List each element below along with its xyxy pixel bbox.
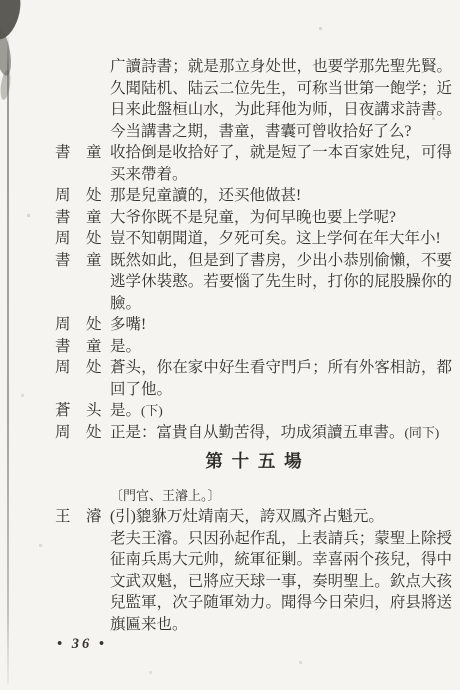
dialogue-text: 那是兒童讀的，还买他做甚! <box>110 185 452 207</box>
dialogue-row: 周 处 正是：富貴自从勤苦得，功成須讀五車書。(同下) <box>55 422 452 444</box>
dialogue-text: 大爷你既不是兒童，为何早晚也要上学呢? <box>110 207 452 229</box>
dialogue-text: 蒼头，你在家中好生看守門戶；所有外客相訪，都回了他。 <box>110 357 452 400</box>
stage-direction: 〔門官、王濬上。〕 <box>110 485 452 507</box>
page-number: • 36 • <box>57 636 107 653</box>
scan-specks <box>0 0 1 1</box>
speaker-label: 周 处 <box>55 314 105 336</box>
dialogue-text: 正是：富貴自从勤苦得，功成須讀五車書。(同下) <box>110 422 452 444</box>
speaker-label: 書 童 <box>55 250 105 272</box>
speaker-label: 書 童 <box>55 207 105 229</box>
dialogue-row: 周 处 那是兒童讀的，还买他做甚! <box>55 185 452 207</box>
dialogue-row: 周 处 多嘴! <box>55 314 452 336</box>
book-page: 广讀詩書；就是那立身处世，也要学那先聖先賢。久聞陆机、陆云二位先生，可称当世第一… <box>0 0 460 690</box>
dialogue-row: 蒼 头 是。(下) <box>55 400 452 422</box>
speaker-label: 周 处 <box>55 185 105 207</box>
monologue: 老夫王濬。只因孙起作乱，上表請兵；蒙聖上除授征南兵馬大元帅，統軍征剿。幸喜兩个孩… <box>110 528 452 636</box>
dialogue-text: 是。 <box>110 336 452 358</box>
speaker-label: 王 濬 <box>55 506 105 528</box>
dialogue-row: 周 处 蒼头，你在家中好生看守門戶；所有外客相訪，都回了他。 <box>55 357 452 400</box>
stage-direction-inline: (同下) <box>405 425 440 440</box>
speaker-label: 蒼 头 <box>55 400 105 422</box>
speaker-label: 周 处 <box>55 422 105 444</box>
dialogue-text: 豈不知朝聞道，夕死可矣。这上学何在年大年小! <box>110 228 452 250</box>
dialogue-text-main: 正是：富貴自从勤苦得，功成須讀五車書。 <box>110 424 405 441</box>
scene-heading: 第十五場 <box>55 451 452 473</box>
ink-smudge <box>0 70 12 101</box>
dialogue-row: 書 童 收拾倒是收拾好了，就是短了一本百家姓兒，可得买来帶着。 <box>55 142 452 185</box>
page-edge-scan-line <box>7 34 9 684</box>
dialogue-text-main: 是。 <box>110 402 141 419</box>
dialogue-continuation: 广讀詩書；就是那立身处世，也要学那先聖先賢。久聞陆机、陆云二位先生，可称当世第一… <box>110 56 452 142</box>
dialogue-text: 多嘴! <box>110 314 452 336</box>
stage-direction-inline: (下) <box>141 403 163 418</box>
speaker-label: 書 童 <box>55 142 105 164</box>
dialogue-row: 書 童 既然如此，但是到了書房，少出小恭別偷懶，不要逃学休裝憨。若要惱了先生时，… <box>55 250 452 315</box>
dialogue-row: 王 濬 (引)貔貅万灶靖南天，誇双鳳齐占魁元。 老夫王濬。只因孙起作乱，上表請兵… <box>55 506 452 635</box>
dialogue-text: 是。(下) <box>110 400 452 422</box>
dialogue-row: 書 童 是。 <box>55 336 452 358</box>
speaker-label: 周 处 <box>55 357 105 379</box>
dialogue-row: 書 童 大爷你既不是兒童，为何早晚也要上学呢? <box>55 207 452 229</box>
entrance-verse: (引)貔貅万灶靖南天，誇双鳳齐占魁元。 <box>110 506 452 528</box>
dialogue-text: (引)貔貅万灶靖南天，誇双鳳齐占魁元。 老夫王濬。只因孙起作乱，上表請兵；蒙聖上… <box>110 506 452 635</box>
speaker-label: 書 童 <box>55 336 105 358</box>
dialogue-text: 既然如此，但是到了書房，少出小恭別偷懶，不要逃学休裝憨。若要惱了先生时，打你的屁… <box>110 250 452 315</box>
dialogue-row: 周 处 豈不知朝聞道，夕死可矣。这上学何在年大年小! <box>55 228 452 250</box>
script-text-block: 广讀詩書；就是那立身处世，也要学那先聖先賢。久聞陆机、陆云二位先生，可称当世第一… <box>55 56 452 635</box>
dialogue-text: 收拾倒是收拾好了，就是短了一本百家姓兒，可得买来帶着。 <box>110 142 452 185</box>
speaker-label: 周 处 <box>55 228 105 250</box>
